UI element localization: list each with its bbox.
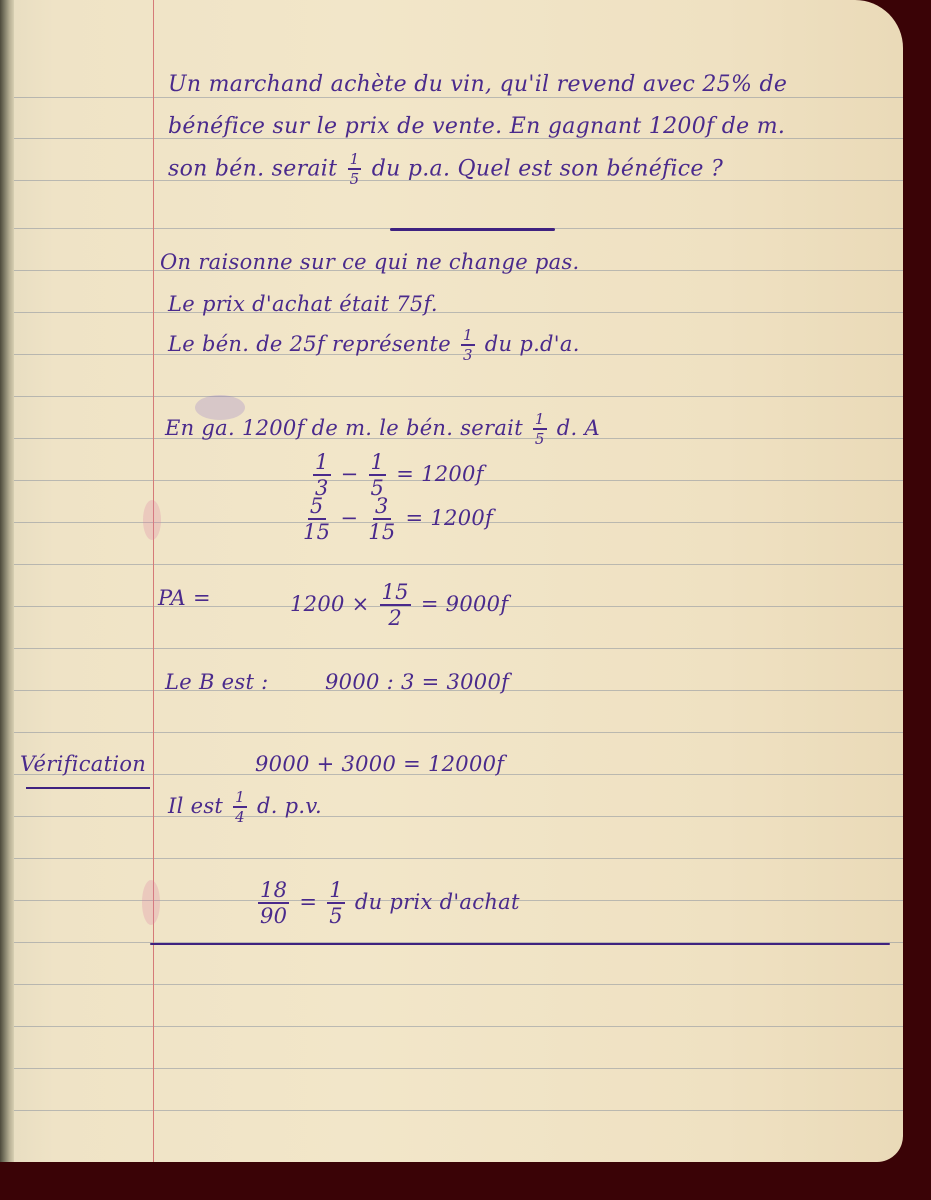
problem-line-2: bénéfice sur le prix de vente. En gagnan… — [168, 114, 785, 139]
fraction: 515 — [303, 496, 330, 543]
notebook-binding — [0, 0, 14, 1162]
end-rule — [150, 943, 890, 945]
fraction: 13 — [313, 452, 331, 499]
final-line: 1890 = 15 du prix d'achat — [255, 880, 520, 927]
ruled-line — [14, 858, 903, 859]
ruled-line — [14, 732, 903, 733]
fraction: 13 — [461, 328, 475, 363]
ruled-line — [14, 564, 903, 565]
step-1-line: En ga. 1200f de m. le bén. serait 15 d. … — [165, 412, 600, 447]
notebook-page: Un marchand achète du vin, qu'il revend … — [0, 0, 903, 1162]
ruled-line — [14, 1110, 903, 1111]
ruled-line — [14, 1026, 903, 1027]
ruled-line — [14, 648, 903, 649]
fraction: 1890 — [258, 880, 289, 927]
ruled-line — [14, 312, 903, 313]
problem-line-1: Un marchand achète du vin, qu'il revend … — [168, 72, 787, 97]
fraction: 15 — [369, 452, 387, 499]
benefit-expression: 9000 : 3 = 3000f — [325, 670, 509, 694]
verification-heading: Vérification — [20, 752, 146, 776]
problem-line-3: son bén. serait 15 du p.a. Quel est son … — [168, 152, 723, 187]
ruled-line — [14, 816, 903, 817]
reasoning-line-1: On raisonne sur ce qui ne change pas. — [160, 250, 580, 274]
ink-smudge — [142, 880, 160, 925]
fraction: 14 — [233, 790, 247, 825]
verification-sum: 9000 + 3000 = 12000f — [255, 752, 504, 776]
reasoning-line-3: Le bén. de 25f représente 13 du p.d'a. — [168, 328, 580, 363]
fraction: 315 — [368, 496, 395, 543]
ruled-line — [14, 1068, 903, 1069]
verification-line-2: Il est 14 d. p.v. — [168, 790, 322, 825]
purchase-price-label: PA = — [158, 586, 211, 610]
section-divider — [390, 228, 555, 231]
equation-1: 13 − 15 = 1200f — [310, 452, 484, 499]
ruled-line — [14, 396, 903, 397]
verification-underline — [26, 787, 150, 789]
fraction: 15 — [533, 412, 547, 447]
fraction: 15 — [348, 152, 362, 187]
equation-2: 515 − 315 = 1200f — [300, 496, 493, 543]
ruled-line — [14, 97, 903, 98]
ink-smudge — [143, 500, 161, 540]
fraction: 15 — [327, 880, 345, 927]
fraction: 152 — [380, 582, 411, 629]
reasoning-line-2: Le prix d'achat était 75f. — [168, 292, 438, 316]
margin-line — [153, 0, 154, 1162]
purchase-price-expression: 1200 × 152 = 9000f — [290, 582, 508, 629]
benefit-label: Le B est : — [165, 670, 269, 694]
ruled-line — [14, 984, 903, 985]
